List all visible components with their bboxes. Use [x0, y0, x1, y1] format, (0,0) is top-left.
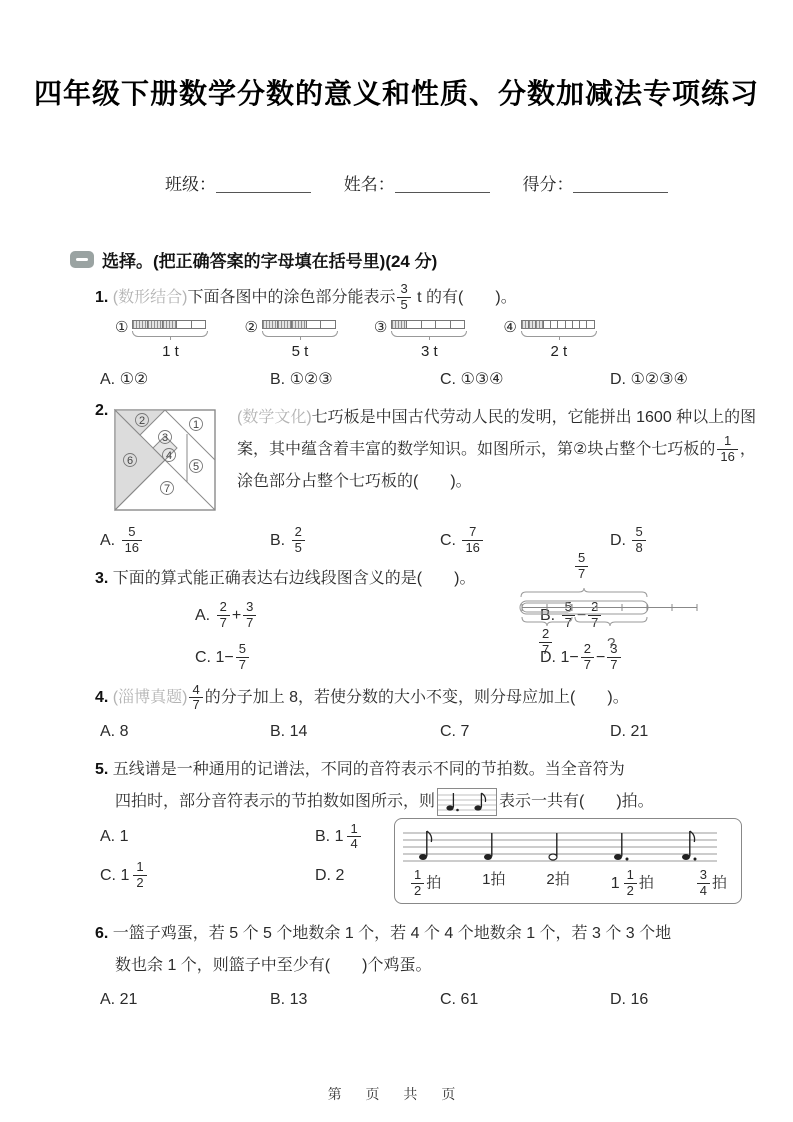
section-header: 选择。(把正确答案的字母填在括号里)(24 分)	[70, 247, 793, 272]
segment	[587, 321, 593, 328]
shaded-segment	[263, 321, 278, 328]
question-text: 下面各图中的涂色部分能表示	[187, 289, 395, 306]
fraction-bar	[132, 320, 206, 329]
segment	[407, 321, 422, 328]
figure-caption: 2 t	[521, 341, 597, 362]
figure-caption: 3 t	[391, 341, 467, 362]
question-text: 七巧板是中国古代劳动人民的发明，它能拼出 1600 种以上的图案，其中蕴含着丰富…	[237, 409, 756, 458]
segment	[192, 321, 206, 328]
tangram-figure: 1 2 3 4 5 6 7	[111, 402, 229, 517]
question-text-line2: 数也余 1 个，则篮子中至少有( )个鸡蛋。	[115, 957, 431, 974]
figure-label: ③	[374, 318, 387, 336]
question-number: 4.	[95, 689, 108, 706]
svg-text:2: 2	[139, 415, 145, 427]
top-brace	[521, 588, 647, 597]
bar-figure-1: ① 1 t	[115, 320, 208, 362]
q1-options: A. ①② B. ①②③ C. ①③④ D. ①②③④	[100, 364, 793, 396]
segment	[573, 321, 580, 328]
option-b: B. 13	[270, 984, 440, 1016]
figure-caption: 1 t	[132, 341, 208, 362]
question-text-line1: 五线谱是一种通用的记谱法，不同的音符表示不同的节拍数。当全音符为	[113, 761, 625, 778]
segment	[558, 321, 565, 328]
segment	[321, 321, 335, 328]
option-c: C. 1−57	[195, 637, 540, 679]
svg-text:5: 5	[193, 461, 199, 473]
shaded-segment	[536, 321, 543, 328]
bottom-brace-mid	[575, 617, 647, 626]
option-a: A. 8	[100, 716, 270, 748]
shaded-segment	[522, 321, 529, 328]
worksheet-page: { "page": { "title": "四年级下册数学分数的意义和性质、分数…	[0, 0, 793, 1122]
option-c: C. 7	[440, 716, 610, 748]
figure-label: ①	[115, 318, 128, 336]
svg-text:7: 7	[164, 483, 170, 495]
bar-figure-4: ④ 2 t	[503, 320, 596, 362]
bar-figure-3: ③ 3 t	[374, 320, 467, 362]
class-blank	[216, 174, 311, 193]
figure-label: ②	[244, 318, 257, 336]
q2-options: A. 516 B. 25 C. 716 D. 58	[100, 525, 793, 557]
staff-figure: 12拍 1拍 2拍 112拍 34拍	[394, 818, 742, 904]
question-text-after: t 的有( )。	[413, 289, 517, 306]
svg-text:1: 1	[193, 419, 199, 431]
diagram-top-fraction: 57	[573, 551, 590, 582]
staff-label-2: 1拍	[482, 868, 505, 899]
bar-figure-2: ② 5 t	[244, 320, 337, 362]
question-2: 2. 1 2 3 4 5 6 7 (数学文化)七巧板是中国古代劳动人民的发明，它…	[95, 402, 768, 517]
option-c: C. 112	[100, 857, 315, 895]
question-text: 下面的算式能正确表达右边线段图含义的是( )。	[113, 570, 476, 587]
q6-options: A. 21 B. 13 C. 61 D. 16	[100, 984, 793, 1016]
score-blank	[573, 174, 668, 193]
svg-text:3: 3	[162, 432, 168, 444]
option-a: A. 21	[100, 984, 270, 1016]
q5-options: A. 1 B. 114 C. 112 D. 2	[100, 818, 390, 895]
half-note-icon	[549, 833, 557, 860]
figure-caption: 5 t	[262, 341, 338, 362]
question-4: 4. (淄博真题)47的分子加上 8，若使分数的大小不变，则分母应加上( )。	[95, 682, 763, 714]
question-6: 6. 一篮子鸡蛋，若 5 个 5 个地数余 1 个，若 4 个 4 个地数余 1…	[95, 918, 763, 982]
q5-bottom: A. 1 B. 114 C. 112 D. 2	[100, 818, 793, 904]
segment	[436, 321, 451, 328]
question-text-line2-after: 表示一共有( )拍。	[499, 793, 654, 810]
option-a: A. 516	[100, 525, 270, 557]
question-number: 2.	[95, 402, 108, 420]
question-text-line2: 四拍时，部分音符表示的节拍数如图所示，则	[115, 793, 435, 810]
question-number: 6.	[95, 925, 108, 942]
tangram-svg: 1 2 3 4 5 6 7	[111, 408, 219, 512]
question-text: 的分子加上 8，若使分数的大小不变，则分母应加上( )。	[205, 689, 629, 706]
eighth-note	[474, 805, 481, 810]
option-d: D. 58	[610, 525, 793, 557]
option-b: B. 114	[315, 818, 390, 856]
figure-label: ④	[503, 318, 516, 336]
option-d: D. 2	[315, 857, 390, 895]
segment	[580, 321, 587, 328]
staff-svg	[403, 825, 717, 865]
staff-label-4: 112拍	[611, 868, 654, 899]
staff-label-5: 34拍	[695, 868, 727, 899]
name-label: 姓名：	[344, 175, 395, 194]
option-b: B. ①②③	[270, 364, 440, 396]
section-heading: 选择。(把正确答案的字母填在括号里)(24 分)	[102, 247, 437, 272]
segment	[566, 321, 573, 328]
fraction: 35	[397, 282, 410, 313]
page-footer: 第 页 共 页	[0, 1084, 793, 1104]
fraction: 47	[189, 683, 202, 714]
diagram-question-mark: ?	[607, 629, 615, 659]
question-number: 5.	[95, 761, 108, 778]
question-tag: (淄博真题)	[113, 689, 188, 706]
segment	[551, 321, 558, 328]
option-d: D. ①②③④	[610, 364, 793, 396]
shaded-segment	[163, 321, 178, 328]
underbrace	[132, 331, 208, 337]
question-tag: (数形结合)	[113, 289, 188, 306]
underbrace	[262, 331, 338, 337]
segment	[422, 321, 437, 328]
dotted-eighth-note-icon	[682, 831, 697, 861]
option-b: B. 14	[270, 716, 440, 748]
shaded-segment	[292, 321, 307, 328]
fraction-bar	[521, 320, 595, 329]
underbrace	[521, 331, 597, 337]
quarter-note-icon	[484, 833, 492, 860]
staff-label-3: 2拍	[546, 868, 569, 899]
bottom-brace-left	[522, 617, 572, 626]
fraction-bar	[391, 320, 465, 329]
question-number: 1.	[95, 289, 108, 306]
segment	[451, 321, 465, 328]
diagram-left-fraction: 27	[537, 627, 554, 658]
question-5: 5. 五线谱是一种通用的记谱法，不同的音符表示不同的节拍数。当全音符为 四拍时，…	[95, 754, 763, 818]
shaded-segment	[529, 321, 536, 328]
option-c: C. 61	[440, 984, 610, 1016]
page-title: 四年级下册数学分数的意义和性质、分数加减法专项练习	[20, 72, 773, 112]
svg-text:6: 6	[127, 455, 133, 467]
svg-text:4: 4	[166, 450, 172, 462]
option-b: B. 25	[270, 525, 440, 557]
underbrace	[391, 331, 467, 337]
dotted-quarter-note	[446, 805, 453, 810]
option-d: D. 21	[610, 716, 793, 748]
option-a: A. 1	[100, 818, 315, 856]
question-3: 3. 下面的算式能正确表达右边线段图含义的是( )。 A. 27+37 B. 5…	[95, 563, 763, 678]
question-text-line1: 一篮子鸡蛋，若 5 个 5 个地数余 1 个，若 4 个 4 个地数余 1 个，…	[113, 925, 671, 942]
option-a: A. 27+37	[195, 595, 540, 637]
segment	[544, 321, 551, 328]
q2-text: (数学文化)七巧板是中国古代劳动人民的发明，它能拼出 1600 种以上的图案，其…	[229, 402, 768, 517]
shaded-segment	[133, 321, 148, 328]
info-line: 班级： 姓名： 得分：	[165, 170, 793, 195]
shaded-segment	[392, 321, 407, 328]
shaded-segment	[148, 321, 163, 328]
question-number: 3.	[95, 570, 108, 587]
shaded-segment	[278, 321, 293, 328]
section-one-icon	[70, 251, 94, 268]
option-a: A. ①②	[100, 364, 270, 396]
eighth-note-icon	[419, 831, 432, 860]
option-d: D. 16	[610, 984, 793, 1016]
fraction-bar	[262, 320, 336, 329]
name-blank	[395, 174, 490, 193]
segment	[177, 321, 192, 328]
note-pair-icon	[437, 788, 497, 816]
segment	[307, 321, 322, 328]
segment-diagram: 57 27 ?	[517, 555, 775, 665]
q1-figures: ① 1 t ② 5 t ③ 3 t ④ 2 t	[115, 320, 793, 362]
question-1: 1. (数形结合)下面各图中的涂色部分能表示35 t 的有( )。	[95, 282, 763, 314]
option-c: C. ①③④	[440, 364, 610, 396]
question-tag: (数学文化)	[237, 409, 312, 426]
staff-labels: 12拍 1拍 2拍 112拍 34拍	[403, 868, 733, 899]
staff-label-1: 12拍	[409, 868, 441, 899]
class-label: 班级：	[165, 175, 216, 194]
segment-diagram-svg	[517, 555, 775, 665]
q4-options: A. 8 B. 14 C. 7 D. 21	[100, 716, 793, 748]
score-label: 得分：	[522, 175, 573, 194]
fraction: 116	[717, 434, 737, 465]
